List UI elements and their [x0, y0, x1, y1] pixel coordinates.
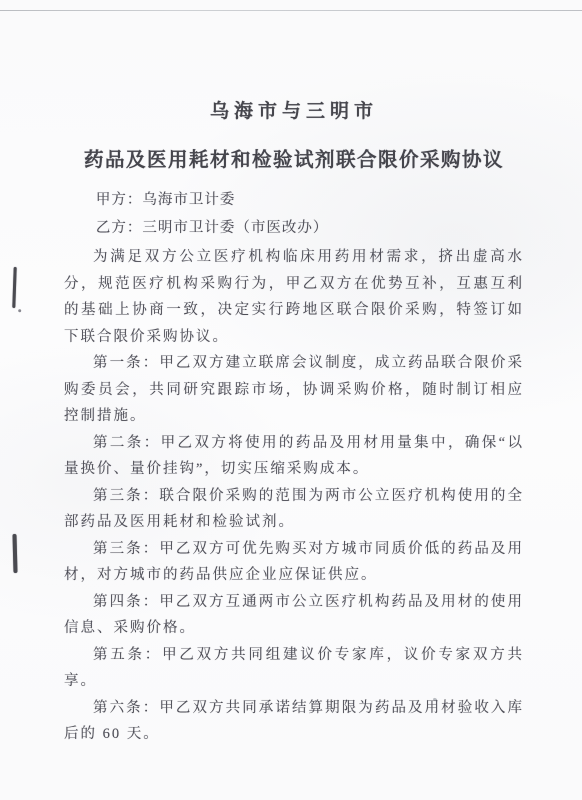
document-subtitle: 药品及医用耗材和检验试剂联合限价采购协议 — [64, 148, 524, 172]
doc-paragraph-article-3-duplicate: 第三条：甲乙双方可优先购买对方城市同质价低的药品及用材，对方城市的药品供应企业应… — [64, 536, 524, 589]
doc-paragraph-preamble: 为满足双方公立医疗机构临床用药用材需求，挤出虚高水分，规范医疗机构采购行为，甲乙… — [64, 244, 524, 350]
scanned-document-page: 乌海市与三明市 药品及医用耗材和检验试剂联合限价采购协议 甲方：乌海市卫计委 乙… — [0, 0, 582, 800]
doc-paragraph-article-4: 第四条：甲乙双方互通两市公立医疗机构药品及用材的使用信息、采购价格。 — [64, 589, 524, 642]
document-body: 乌海市与三明市 药品及医用耗材和检验试剂联合限价采购协议 甲方：乌海市卫计委 乙… — [0, 101, 582, 748]
party-a-line: 甲方：乌海市卫计委 — [64, 186, 524, 214]
doc-paragraph-article-3: 第三条：联合限价采购的范围为两市公立医疗机构使用的全部药品及医用耗材和检验试剂。 — [64, 483, 524, 536]
scan-edge-line — [0, 10, 582, 11]
party-b-line: 乙方：三明市卫计委（市医改办） — [64, 214, 524, 242]
doc-paragraph-article-6: 第六条：甲乙双方共同承诺结算期限为药品及用材验收入库后的 60 天。 — [64, 695, 524, 748]
doc-paragraph-article-5: 第五条：甲乙双方共同组建议价专家库，议价专家双方共享。 — [64, 642, 524, 695]
doc-paragraph-article-2: 第二条：甲乙双方将使用的药品及用材用量集中，确保“以量换价、量价挂钩”，切实压缩… — [64, 430, 524, 483]
doc-paragraph-article-1: 第一条：甲乙双方建立联席会议制度，成立药品联合限价采购委员会，共同研究跟踪市场，… — [64, 350, 524, 430]
document-title: 乌海市与三明市 — [64, 101, 524, 123]
